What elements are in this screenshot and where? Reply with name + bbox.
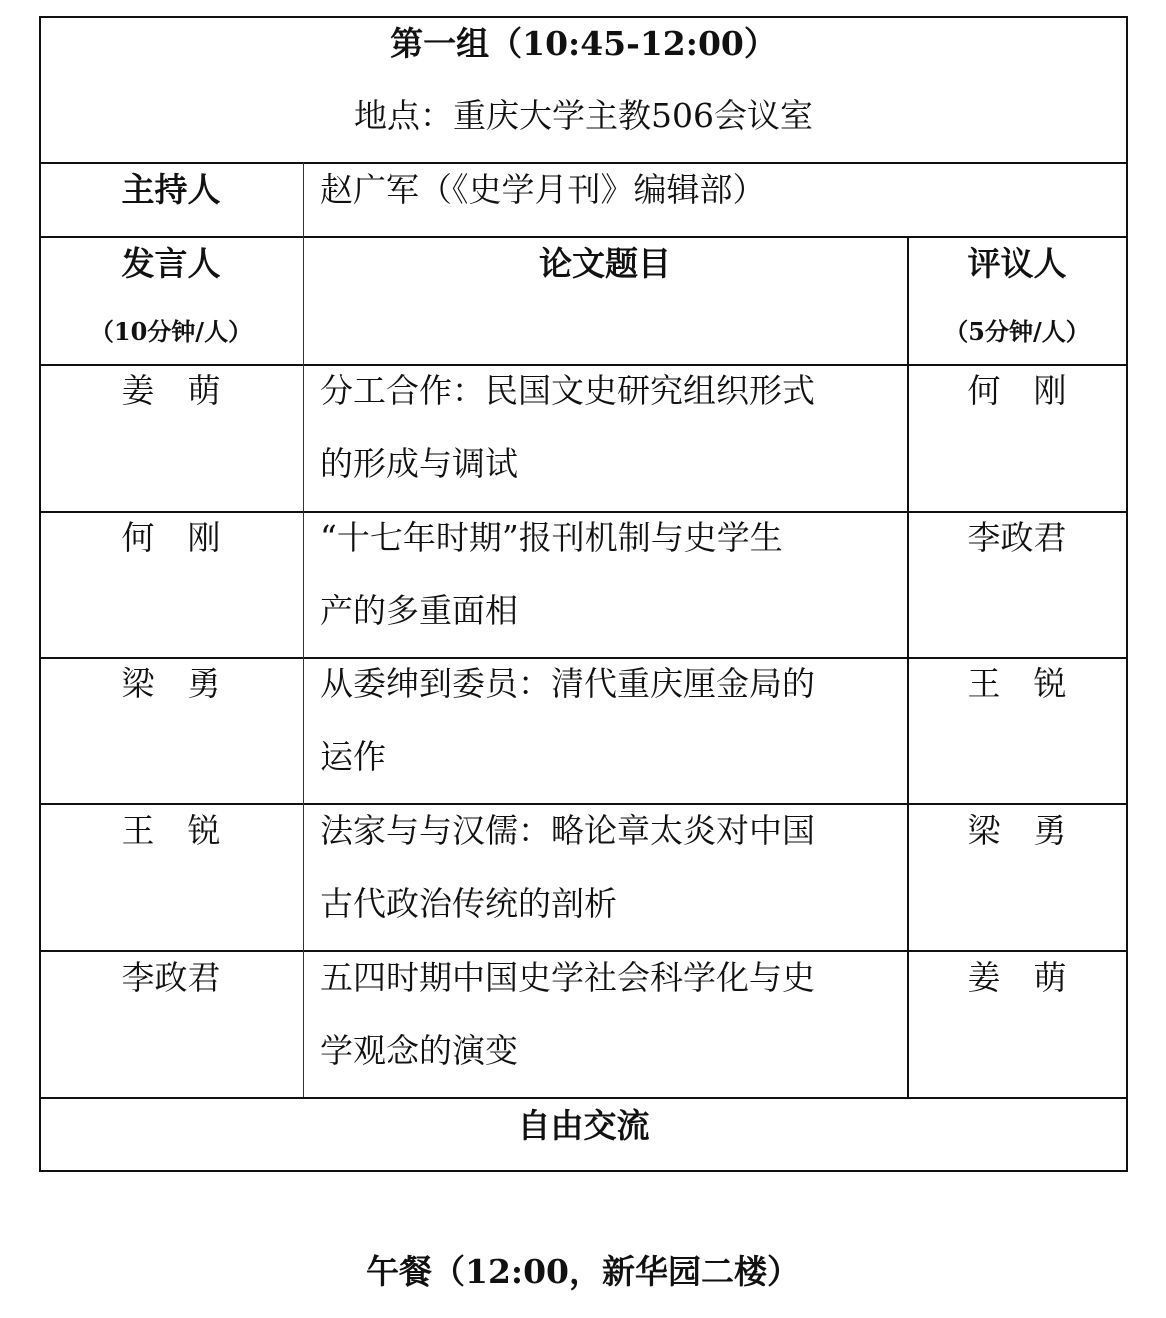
paper-title-line: 从委绅到委员：清代重庆厘金局的 <box>320 664 815 704</box>
speaker-name: 梁 勇 <box>39 664 303 704</box>
lunch-note: 午餐（12:00，新华园二楼） <box>0 1252 1166 1292</box>
column-note-speaker: （10分钟/人） <box>39 312 303 352</box>
divider-row-1 <box>39 511 1128 513</box>
paper-title-line: 运作 <box>320 737 386 777</box>
reviewer-name: 姜 萌 <box>907 958 1127 998</box>
speaker-name: 王 锐 <box>39 811 303 851</box>
free-discussion: 自由交流 <box>39 1106 1128 1146</box>
divider-row-4 <box>39 950 1128 952</box>
divider-row-2 <box>39 657 1128 659</box>
reviewer-name: 王 锐 <box>907 664 1127 704</box>
speaker-name: 何 刚 <box>39 518 303 558</box>
reviewer-name: 何 刚 <box>907 371 1127 411</box>
column-note-reviewer: （5分钟/人） <box>907 312 1127 352</box>
divider-host <box>39 236 1128 238</box>
table-border-bottom <box>39 1170 1128 1172</box>
session-location: 地点：重庆大学主教506会议室 <box>39 96 1128 136</box>
paper-title-line: 的形成与调试 <box>320 444 518 484</box>
divider-columns <box>39 364 1128 366</box>
host-value: 赵广军（《史学月刊》编辑部） <box>320 170 766 210</box>
host-label: 主持人 <box>39 170 303 210</box>
paper-title-line: 产的多重面相 <box>320 591 518 631</box>
paper-title-line: 五四时期中国史学社会科学化与史 <box>320 958 815 998</box>
speaker-name: 姜 萌 <box>39 371 303 411</box>
paper-title-line: 学观念的演变 <box>320 1031 518 1071</box>
speaker-name: 李政君 <box>39 958 303 998</box>
reviewer-name: 李政君 <box>907 518 1127 558</box>
divider-row-3 <box>39 803 1128 805</box>
paper-title-line: 古代政治传统的剖析 <box>320 884 617 924</box>
reviewer-name: 梁 勇 <box>907 811 1127 851</box>
divider-row-5 <box>39 1097 1128 1099</box>
col-separator-1 <box>303 162 304 1097</box>
divider-header <box>39 162 1128 164</box>
paper-title-line: “十七年时期”报刊机制与史学生 <box>320 518 783 558</box>
paper-title-line: 分工合作：民国文史研究组织形式 <box>320 371 815 411</box>
table-border-right <box>1126 16 1128 1172</box>
session-title: 第一组（10:45-12:00） <box>39 24 1128 64</box>
column-header-title: 论文题目 <box>303 244 907 284</box>
column-header-reviewer: 评议人 <box>907 244 1127 284</box>
table-border-top <box>39 16 1128 18</box>
paper-title-line: 法家与与汉儒：略论章太炎对中国 <box>320 811 815 851</box>
column-header-speaker: 发言人 <box>39 244 303 284</box>
